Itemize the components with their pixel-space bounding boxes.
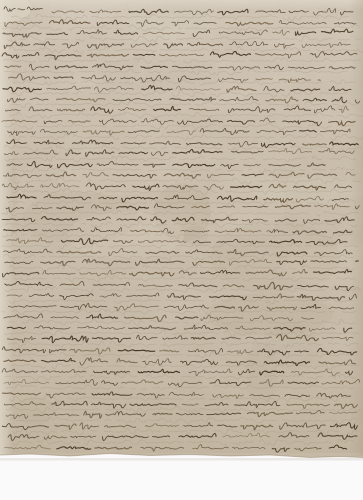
manuscript-scan: [0, 0, 363, 500]
letter-svg: [0, 0, 363, 500]
paper-shadow: [0, 458, 363, 461]
